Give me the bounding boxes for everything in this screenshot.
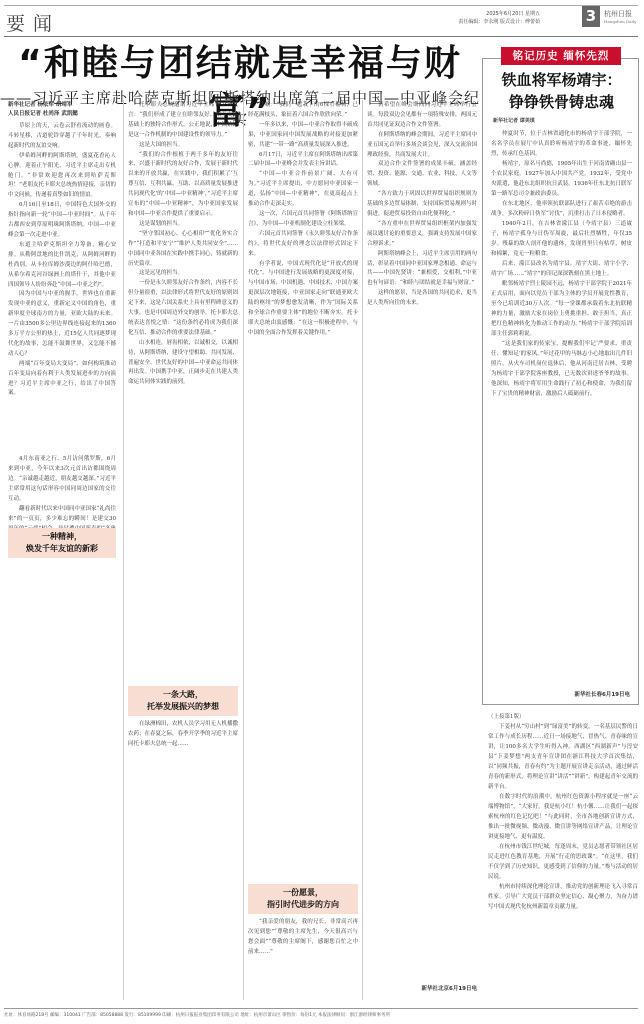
top-rule [4, 5, 638, 6]
paragraph: 山水相连，唇齿相依，以诚相交，以诚相待，从阿斯塔纳，建设守望相助、共同发展、普遍… [128, 339, 238, 389]
column-divider [123, 100, 124, 1000]
subheading-line: 一种精神， [8, 531, 116, 543]
byline: 新华社记者 杨依军 胡靖军 人民日报记者 杜尚泽 武凯懿 [8, 101, 118, 119]
paragraph: “这是我们家的传家宝，提醒我们牢记‘严要求、重责任、懂知足’的家风。”年过花甲的… [491, 339, 632, 399]
paper-name-en: Hangzhou Daily [604, 19, 636, 24]
article-column-4: 仍希望在峰会期间同习近平主席举行会谈。每段双边会见都有一项特殊安排，两国元首共同… [367, 101, 477, 1001]
subheading-line: 一份愿景， [248, 887, 358, 899]
paper-logo: 杭州日报 Hangzhou Daily [604, 9, 636, 24]
paragraph: “各方致力于巩固以世界贸易组织规则为基础的多边贸易体制，支持国际贸易规则与时俱进… [367, 190, 477, 220]
paragraph: “坚守邻国初心、心心相印”“优化务实合作”“打造和平安宁”“维护人类共同安全”…… [128, 230, 238, 270]
paragraph: 在东北地区，他率领抗联部队进行了艰苦卓绝的游击战争，多次粉碎日伪军“讨伐”，沉重… [491, 199, 632, 219]
sidebar-title-line: 铁血将军杨靖宇： [483, 69, 640, 91]
paragraph: “中国—中亚合作前景广阔、大有可为。”习近平主席提出，中方愿同中亚国家一道，弘扬… [248, 170, 358, 210]
column-tag: 铭记历史 缅怀先烈 [501, 47, 621, 65]
page-number: 3 [582, 6, 600, 27]
paragraph: 1940年2月，在吉林省濛江县（今靖宇县）三道崴子，杨靖宇孤身与日伪军周旋，最后… [491, 219, 632, 259]
main-dateline: 新华社北京6月19日电 [367, 984, 477, 992]
paper-name: 杭州日报 [604, 10, 632, 18]
paragraph: 一年多以来，中国—中亚合作取得丰硕成果，中亚国家同中国发展战略的对接更加紧密，共… [248, 121, 358, 151]
sidebar-body: 仲夏时节，位于吉林省通化市的杨靖宇干部学院，一名名学员在展厅中认真聆听杨靖宇的革… [491, 129, 632, 694]
paragraph: 这是大国的担当。 [128, 141, 238, 151]
paragraph: 在数字时代的浪潮中，杭州红色资源小程序就是一座“云端博物馆”，“大家好，我是杭小… [488, 792, 638, 842]
paragraph: 这是远见的担当。 [128, 269, 238, 279]
subheading-line: 托举发展振兴的梦想 [128, 701, 238, 713]
paragraph: 在杭州市钱江世纪城，每逢周末，党员志愿者带领社区居民走进红色教育基地，开展“行走… [488, 842, 638, 882]
paragraph: 杨靖宇，原名马尚德，1905年出生于河南省确山县一个农民家庭。1927年加入中国… [491, 159, 632, 199]
paragraph: 双边合作文件签署的成果丰硕，涵盖经贸、投资、能源、交通、农业、科技、人文等领域。 [367, 160, 477, 190]
sidebar-dateline: 新华社长春6月19日电 [575, 690, 630, 698]
paragraph: 在绿洲棉田，农机人员学习用无人机播撒农药；在春夏之际，春季开学季的习近平主席同托… [128, 720, 238, 750]
paragraph: 在阿斯塔纳的峰会期间，习近平主席同中亚五国元首举行多场会谈会见，深入交流治国理政… [367, 131, 477, 161]
paragraph: 这一次，六国元首共同签署《阿斯塔纳宣言》，为中国—中亚机制化建设立柱架梁。 [248, 210, 358, 230]
paragraph: 因为中国与中亚的握手，世界也在重新发现中亚的意义，重新定义中国的角色，重新审度全… [8, 290, 116, 359]
paragraph: 这是谋划的担当。 [128, 220, 238, 230]
byline-peoples-daily: 人民日报记者 杜尚泽 武凯懿 [8, 110, 118, 119]
column-divider [243, 100, 244, 1000]
paragraph: 草原上的天，云卷云舒看流动的画卷。斗转星移，古道驼铃穿越了千年时光，奏响起新时代… [8, 122, 116, 152]
paragraph: 仍希望在峰会期间同习近平主席举行会谈。每段双边会见都有一项特殊安排，两国元首共同… [367, 101, 477, 131]
paragraph: 杭州市持续深化理论宣讲，推动党的创新理论飞入寻常百姓家，引导广大党员干部群众坚定… [488, 882, 638, 912]
continued-from-label: （上接第1版） [488, 712, 638, 722]
subheading-box-2: 一条大路， 托举发展振兴的梦想 [128, 686, 238, 716]
paragraph: 仲夏时节，位于吉林省通化市的杨靖宇干部学院，一名名学员在展厅中认真聆听杨靖宇的革… [491, 129, 632, 159]
sidebar-byline: 新华社记者 谭美琪 [493, 117, 535, 124]
section-name: 要闻 [6, 9, 60, 36]
paragraph: 东道主哈萨克斯坦全力筹备，精心安排。从勒阿盘地的比什凯克，从阿姆河畔的杜尚别，从… [8, 241, 116, 291]
sidebar-feature: 铭记历史 缅怀先烈 铁血将军杨靖宇： 铮铮铁骨铸忠魂 新华社记者 谭美琪 仲夏时… [482, 58, 639, 705]
paragraph: 6月17日，习近平主席在阿斯塔纳出席第二届中国—中亚峰会并发表主旨讲话。 [248, 151, 358, 171]
paragraph: 六国元首共同签署《永久睦邻友好合作条约》，将世代友好的理念以法律形式固定下来。 [248, 230, 358, 260]
byline-xinhua: 新华社记者 杨依军 胡靖军 [8, 101, 118, 110]
subheading-line: 指引时代进步的方向 [248, 899, 358, 911]
paragraph: 后来，濛江县改名为靖宇县。靖宇大街、靖宇小学、靖宇广场……“靖宇”的印记深深镌刻… [491, 259, 632, 279]
paragraph: 比喻：“我们一起栽下的6棵石榴树，已经花满枝头，象征着六国合作欣欣向荣。” [248, 101, 358, 121]
paragraph: 伊希姆河畔的阿斯塔纳，盛夏花香沁人心脾。迎着正午阳光，习近平主席走出专机舱门。“… [8, 152, 116, 202]
subheading-box-3: 一份愿景， 指引时代进步的方向 [248, 884, 358, 914]
masthead: 要闻 2025年6月20日 星期五 责任编辑：李永刚 版式设计：傅蕾茹 3 杭州… [0, 0, 644, 40]
paragraph: 有学者说，中国式现代化是“开放式的现代化”。与中国进行发展战略的更深度对接，与中… [248, 260, 358, 339]
page-meta: 2025年6月20日 星期五 责任编辑：李永刚 版式设计：傅蕾茹 [458, 10, 540, 26]
article-column-3: 比喻：“我们一起栽下的6棵石榴树，已经花满枝头，象征着六国合作欣欣向荣。” 一年… [248, 101, 358, 1001]
paragraph: 4月东南亚之行、5月访问俄罗斯，6月来到中亚，今年以来3次元首出访都围绕周边。“… [8, 455, 116, 505]
subheading-line: 一条大路， [128, 689, 238, 701]
article-column-3b: “我亲爱的朋友，我的兄长，非常高兴再次见到您”“尊敬的主席先生，今天很高兴与您会… [248, 918, 358, 1002]
article-column-2b: 在绿洲棉田，农机人员学习用无人机播撒农药；在春夏之际，春季开学季的习近平主席同托… [128, 720, 238, 1000]
article-column-1: 草原上的天，云卷云舒看流动的画卷。斗转星移，古道驼铃穿越了千年时光，奏响起新时代… [8, 122, 116, 1002]
editor-credits: 责任编辑：李永刚 版式设计：傅蕾茹 [458, 18, 540, 26]
issue-date: 2025年6月20日 星期五 [458, 10, 540, 18]
footer-imprint: 社址：体育场路218号 邮编：310041 广告部：85058888 发行：85… [4, 1008, 638, 1018]
paragraph: 毗邻杨靖宇烈士陵园不远，杨靖宇干部学院于2021年正式启用，面向以党员干部为主体… [491, 279, 632, 339]
sidebar-title-line: 铮铮铁骨铸忠魂 [483, 91, 640, 113]
paragraph: 这样的愿景，当是各国的共同追求，更当是人类所向往的未来。 [367, 289, 477, 309]
paragraph: 两端“百年变局大变局”，如何构筑推动百年变局向着有利于人类发展进步的方向演进？习… [8, 360, 116, 400]
paragraph: 一份是永久睦邻友好合作条约，内容不长但分量很重，以法律形式将世代友好的原则固定下… [128, 279, 238, 338]
sidebar-title: 铁血将军杨靖宇： 铮铮铁骨铸忠魂 [483, 69, 640, 113]
subheading-box-1: 一种精神， 焕发千年友谊的新彩 [8, 528, 116, 558]
subheading-line: 焕发千年友谊的新彩 [8, 543, 116, 555]
paragraph: “我亲爱的朋友，我的兄长，非常高兴再次见到您”“尊敬的主席先生，今天很高兴与您会… [248, 918, 358, 958]
paragraph: 阿斯塔纳峰会上，习近平主席引用的两句话，彰显着中国同中亚国家理念相通、命运与共—… [367, 250, 477, 290]
paragraph: “我们的合作根植于两千多年的友好往来，兴盛于新时代的友好合作，发展于新时代以来的… [128, 151, 238, 220]
paragraph: 托卡耶夫总统邀请习近平主席作主旨发言：“我们形成了建立在睦邻友好、相互支持基础上… [128, 101, 238, 141]
paragraph: 下姜村从“穷山村”到“绿富美”的转变，一名基层民警的日常工作与成长历程……近日一… [488, 722, 638, 792]
column-divider [362, 100, 363, 1000]
paragraph: “各方重申在世界贸易组织框架内加强发展议题讨论的重要意义，强调支持发展中国家合理… [367, 220, 477, 250]
header-rule [4, 36, 638, 37]
paragraph: 6月16日至18日，中国特色大国外交的指针指向新一轮“中国—中亚时间”。从千年古… [8, 201, 116, 241]
continued-article: （上接第1版） 下姜村从“穷山村”到“绿富美”的转变，一名基层民警的日常工作与成… [488, 712, 638, 1002]
